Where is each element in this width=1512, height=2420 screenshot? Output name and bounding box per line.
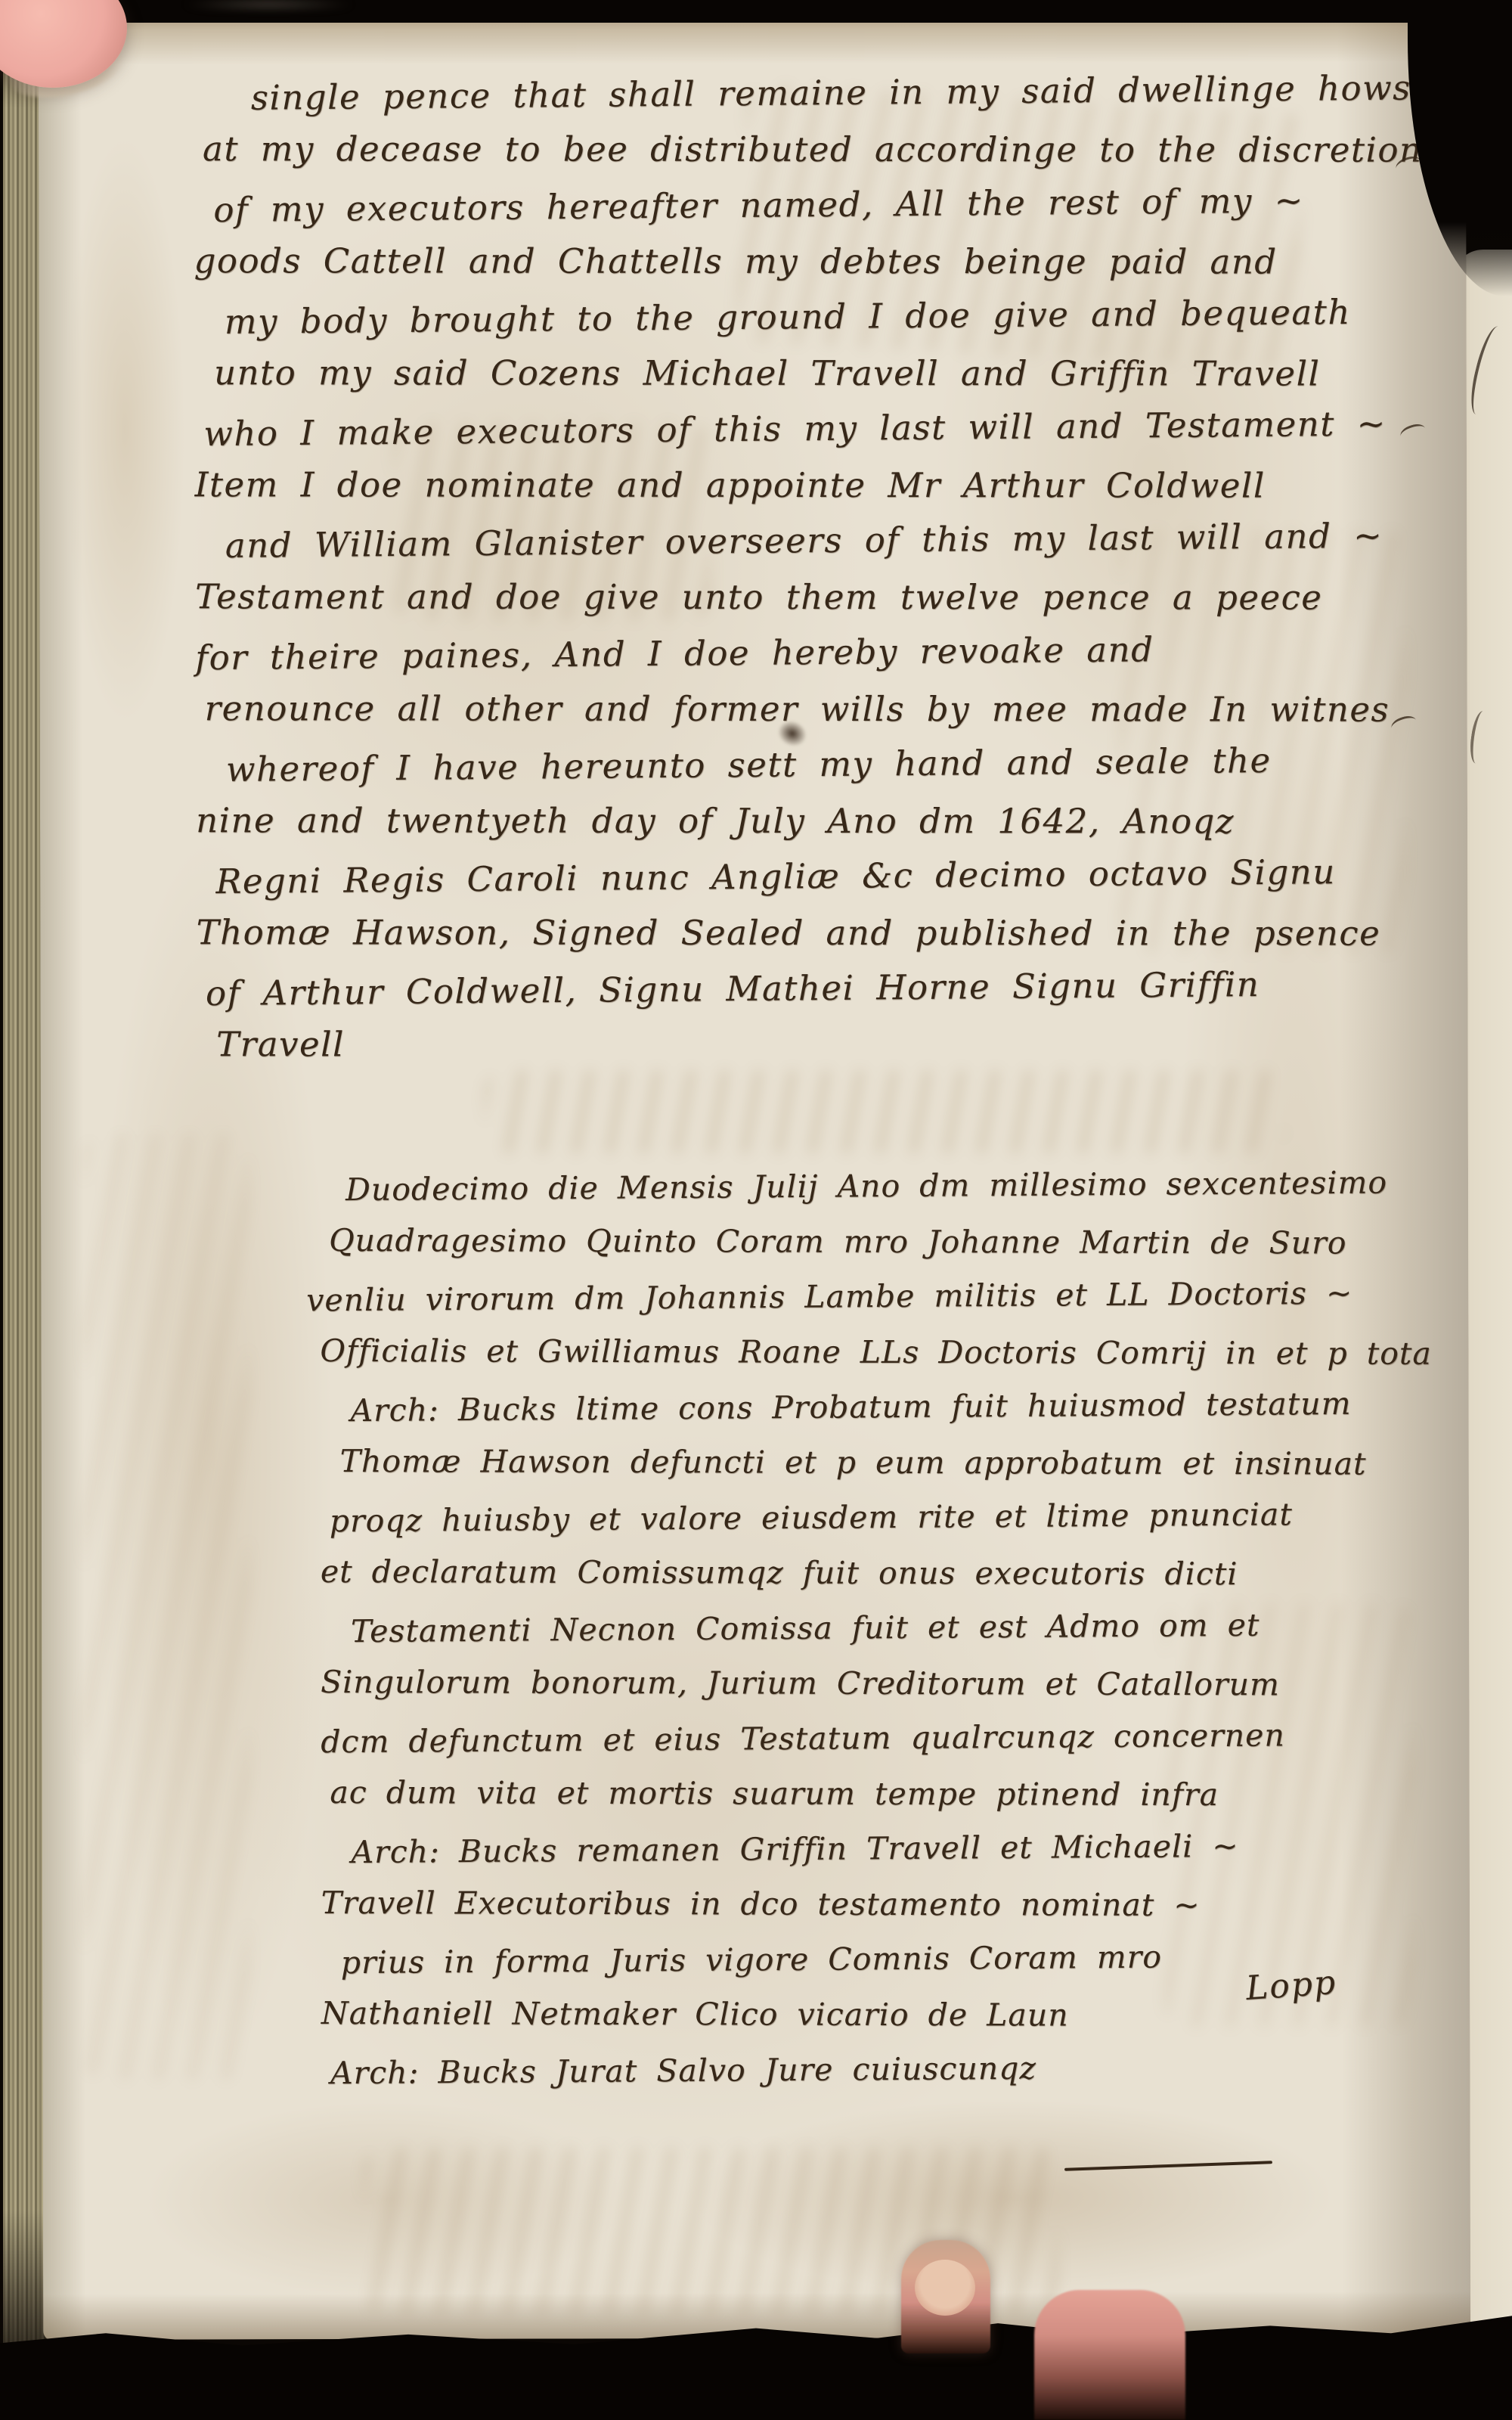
finger-body [1034, 2290, 1185, 2420]
manuscript-line: Travell [216, 1016, 1452, 1073]
photograph-of-manuscript: single pence that shall remaine in my sa… [0, 0, 1512, 2420]
manuscript-line: venliu virorum dm Johannis Lambe militis… [306, 1265, 1469, 1329]
manuscript-line: ac dum vita et mortis suarum tempe ptine… [330, 1765, 1470, 1823]
manuscript-line: Quadragesimo Quinto Coram mro Johanne Ma… [329, 1213, 1469, 1271]
manuscript-line: of my executors hereafter named, All the… [213, 172, 1449, 238]
manuscript-line: whereof I have hereunto sett my hand and… [226, 731, 1452, 798]
page-edge-shadow [166, 0, 370, 44]
ink-showthrough-smudge [83, 1134, 249, 2080]
holding-finger-bottom-center [901, 2240, 990, 2353]
manuscript-line: et declaratum Comissumqz fuit onus execu… [321, 1544, 1470, 1602]
manuscript-line: dcm defunctum et eius Testatum qualrcunq… [321, 1707, 1470, 1770]
manuscript-line: of Arthur Coldwell, Signu Mathei Horne S… [206, 955, 1452, 1022]
manuscript-line: Regni Regis Caroli nunc Angliæ &c decimo… [215, 843, 1452, 910]
fingernail [915, 2260, 975, 2316]
manuscript-line: unto my said Cozens Michael Travell and … [214, 345, 1449, 402]
manuscript-line: Testament and doe give unto them twelve … [195, 569, 1450, 625]
manuscript-line: Item I doe nominate and appointe Mr Arth… [195, 457, 1450, 513]
manuscript-line: Thomæ Hawson defuncti et p eum approbatu… [340, 1434, 1470, 1492]
manuscript-line: Testamenti Necnon Comissa fuit et est Ad… [351, 1596, 1470, 1659]
manuscript-line: proqz huiusby et valore eiusdem rite et … [330, 1486, 1470, 1550]
manuscript-line: and William Glanister overseers of this … [225, 507, 1451, 574]
manuscript-line: Thomæ Hawson, Signed Sealed and publishe… [197, 904, 1452, 961]
manuscript-line: Arch: Bucks ltime cons Probatum fuit hui… [350, 1376, 1469, 1438]
manuscript-line: Arch: Bucks remanen Griffin Travell et M… [351, 1817, 1470, 1880]
manuscript-line: my body brought to the ground I doe give… [225, 284, 1450, 350]
manuscript-line: who I make executors of this my last wil… [203, 396, 1450, 462]
manuscript-line: Travell Executoribus in dco testamento n… [321, 1875, 1470, 1934]
manuscript-line: nine and twentyeth day of July Ano dm 16… [196, 793, 1451, 849]
manuscript-line: for theire paines, And I doe hereby revo… [195, 619, 1451, 686]
raised-superscript-word: Lopp [1244, 1963, 1337, 2008]
manuscript-line: at my decease to bee distributed accordi… [203, 121, 1448, 178]
manuscript-line: Singulorum bonorum, Jurium Creditorum et… [321, 1655, 1470, 1713]
holding-finger-bottom-right [1034, 2290, 1185, 2420]
manuscript-line: renounce all other and former wills by m… [205, 681, 1451, 737]
will-text-block: single pence that shall remaine in my sa… [194, 63, 1452, 1075]
manuscript-line: Duodecimo die Mensis Julij Ano dm milles… [345, 1155, 1469, 1218]
probate-text-block: Duodecimo die Mensis Julij Ano dm milles… [320, 1158, 1470, 2099]
manuscript-line: single pence that shall remaine in my sa… [251, 60, 1449, 126]
manuscript-line: goods Cattell and Chattells my debtes be… [194, 233, 1449, 290]
manuscript-line: Officialis et Gwilliamus Roane LLs Docto… [320, 1323, 1469, 1382]
ink-showthrough-smudge [484, 1070, 1285, 1153]
manuscript-line: Arch: Bucks Jurat Salvo Jure cuiuscunqz [330, 2038, 1470, 2102]
